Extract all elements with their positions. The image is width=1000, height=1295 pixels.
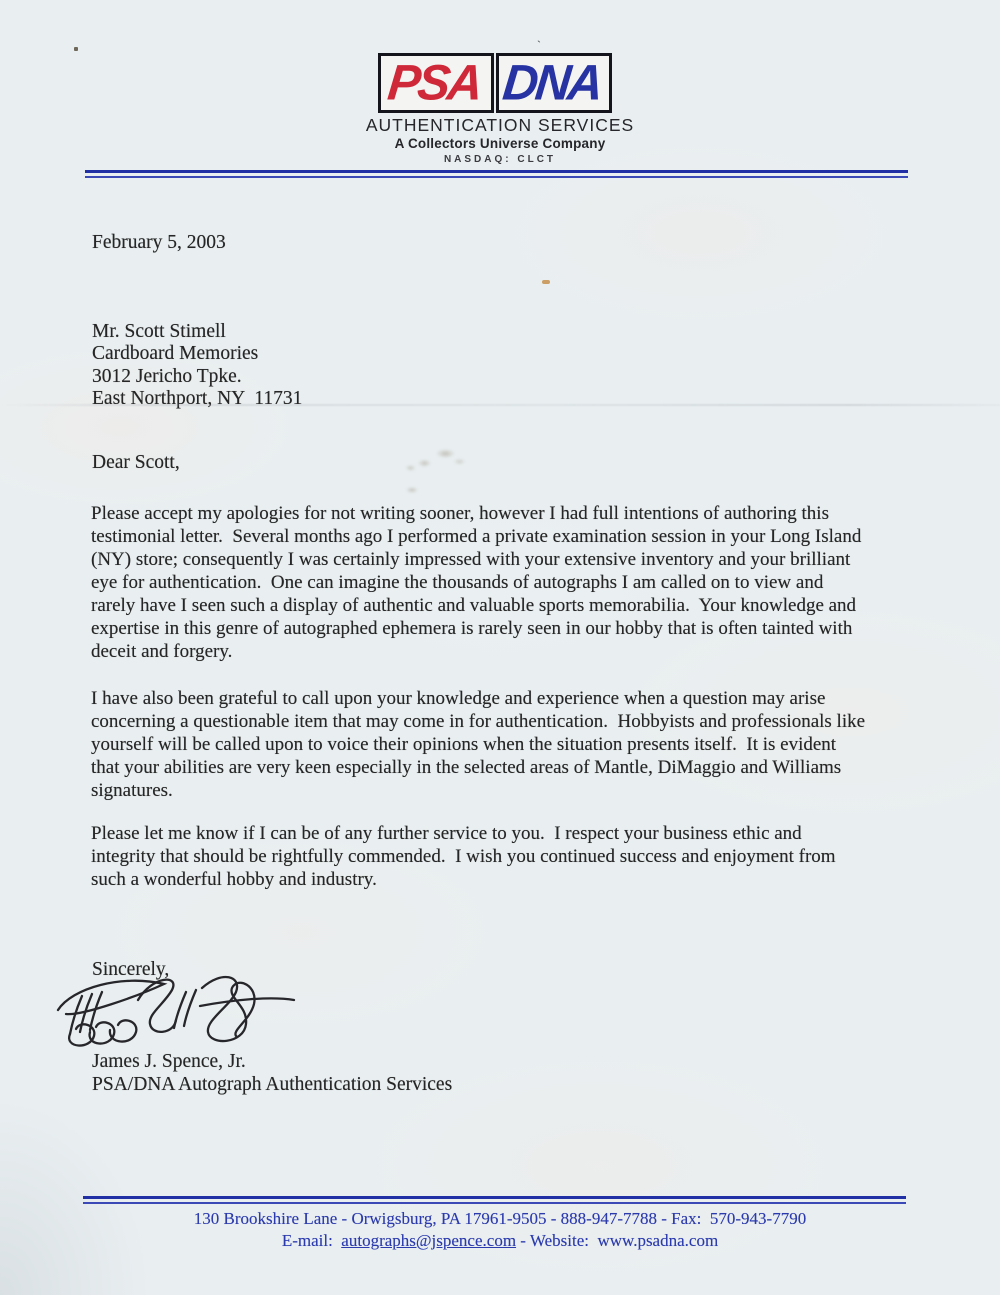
- recipient-address: Mr. Scott StimellCardboard Memories3012 …: [92, 321, 302, 411]
- paragraph-line: yourself will be called upon to voice th…: [91, 733, 865, 756]
- paragraph-line: such a wonderful hobby and industry.: [91, 868, 836, 891]
- psa-dna-logo: PSA DNA: [378, 53, 612, 113]
- footer-address: 130 Brookshire Lane - Orwigsburg, PA 179…: [0, 1209, 1000, 1229]
- paragraph-line: expertise in this genre of autographed e…: [91, 617, 861, 640]
- dna-logo-box: DNA: [496, 53, 612, 113]
- handwritten-signature: [52, 964, 302, 1052]
- signer-name: James J. Spence, Jr.: [92, 1050, 246, 1073]
- paragraph-2: I have also been grateful to call upon y…: [91, 687, 865, 802]
- paragraph-line: that your abilities are very keen especi…: [91, 756, 865, 779]
- scanned-letter: PSA DNA AUTHENTICATION SERVICES A Collec…: [0, 0, 1000, 1295]
- paragraph-line: integrity that should be rightfully comm…: [91, 845, 836, 868]
- footer-website: - Website: www.psadna.com: [516, 1231, 718, 1250]
- paragraph-line: concerning a questionable item that may …: [91, 710, 865, 733]
- psa-logo-text: PSA: [385, 58, 486, 108]
- paragraph-line: Please accept my apologies for not writi…: [91, 502, 861, 525]
- header-nasdaq: NASDAQ: CLCT: [0, 154, 1000, 165]
- header-rule-thick: [85, 170, 908, 173]
- header-subtitle: AUTHENTICATION SERVICES: [0, 115, 1000, 136]
- recipient-address-line: 3012 Jericho Tpke.: [92, 366, 302, 388]
- recipient-address-line: Cardboard Memories: [92, 343, 302, 365]
- paragraph-line: I have also been grateful to call upon y…: [91, 687, 865, 710]
- scan-fleck: [542, 280, 550, 284]
- scan-smudge: [400, 444, 470, 476]
- paragraph-3: Please let me know if I can be of any fu…: [91, 822, 836, 891]
- paragraph-line: (NY) store; consequently I was certainly…: [91, 548, 861, 571]
- recipient-address-line: East Northport, NY 11731: [92, 388, 302, 410]
- footer-contact: E-mail: autographs@jspence.com - Website…: [0, 1231, 1000, 1251]
- dna-logo-text: DNA: [501, 58, 607, 108]
- footer-email: autographs@jspence.com: [341, 1231, 516, 1250]
- recipient-address-line: Mr. Scott Stimell: [92, 321, 302, 343]
- footer-rule-thick: [83, 1196, 906, 1199]
- header-company: A Collectors Universe Company: [0, 136, 1000, 151]
- paragraph-line: signatures.: [91, 779, 865, 802]
- paragraph-line: testimonial letter. Several months ago I…: [91, 525, 861, 548]
- scan-mark: `: [537, 38, 541, 53]
- footer-rule-thin: [83, 1202, 906, 1204]
- letter-date: February 5, 2003: [92, 231, 226, 254]
- paragraph-1: Please accept my apologies for not writi…: [91, 502, 861, 663]
- paragraph-line: Please let me know if I can be of any fu…: [91, 822, 836, 845]
- footer-email-label: E-mail:: [282, 1231, 341, 1250]
- paragraph-line: deceit and forgery.: [91, 640, 861, 663]
- psa-logo-box: PSA: [378, 53, 494, 113]
- scan-speck: [74, 47, 78, 51]
- paragraph-line: rarely have I seen such a display of aut…: [91, 594, 861, 617]
- signer-title: PSA/DNA Autograph Authentication Service…: [92, 1073, 452, 1096]
- paragraph-line: eye for authentication. One can imagine …: [91, 571, 861, 594]
- header-rule-thin: [85, 176, 908, 178]
- scan-smudge-small: [400, 484, 424, 496]
- salutation: Dear Scott,: [92, 451, 180, 474]
